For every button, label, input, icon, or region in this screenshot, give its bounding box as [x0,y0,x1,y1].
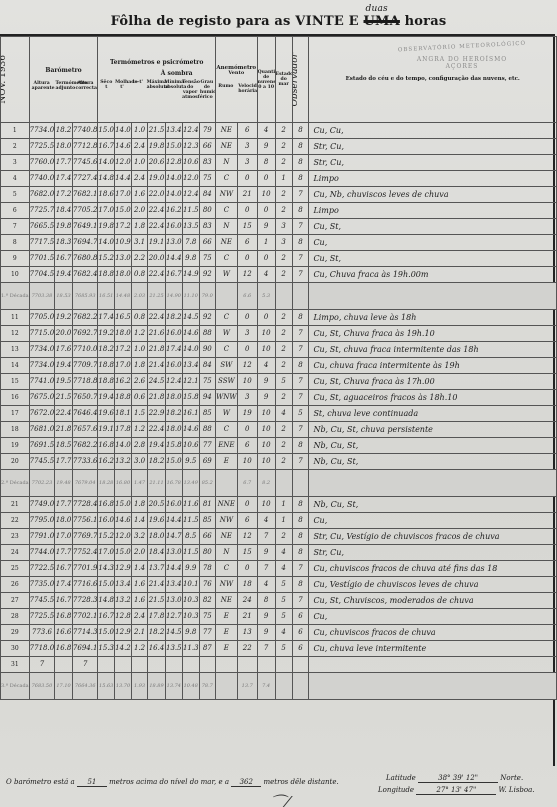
value-cell: 14.5 [182,310,199,326]
remark-cell: Limpo [309,171,557,187]
value-cell: 21.25 [148,283,166,310]
value-cell: 12.0 [115,155,132,171]
value-cell: 17.4 [165,342,182,358]
value-cell: 75 [199,251,215,267]
value-cell: 19.1 [98,422,115,438]
value-cell: 4 [275,545,292,561]
value-cell: 1 [275,497,292,513]
value-cell: 13 [237,625,257,641]
value-cell: 9.9 [182,561,199,577]
value-cell [292,470,309,497]
barometer-note: O barómetro está a 51 metros acima do ní… [6,778,339,787]
value-cell: 7 [292,187,309,203]
value-cell: 7745.5 [29,454,55,470]
value-cell: 7727.4 [72,171,98,187]
value-cell: 7 [292,390,309,406]
value-cell: 6 [292,641,309,657]
remark-cell: Str, Cu, [309,139,557,155]
value-cell: 79.0 [199,283,215,310]
value-cell: 19.8 [148,139,166,155]
value-cell: 11.10 [182,283,199,310]
value-cell: 10 [257,454,275,470]
value-cell: 2 [275,203,292,219]
value-cell: 3 [237,155,257,171]
value-cell: 18.4 [148,545,166,561]
value-cell: 13.0 [165,545,182,561]
observatory-stamp: OBSERVATÓRIO METEOROLÓGICO ANGRA DO HERO… [392,44,532,70]
value-cell: 7716.6 [72,577,98,593]
value-cell: 19 [237,406,257,422]
value-cell: 17.7 [55,454,73,470]
value-cell: WNW [215,390,237,406]
day-cell: 27 [1,593,30,609]
value-cell: 10.48 [182,673,199,700]
value-cell: 6 [292,625,309,641]
value-cell: 9.8 [182,251,199,267]
remark-cell: Str, Cu, [309,155,557,171]
value-cell: 0 [237,251,257,267]
value-cell: 10 [257,422,275,438]
value-cell: 8 [257,593,275,609]
value-cell: 7 [292,454,309,470]
day-cell: 10 [1,267,30,283]
value-cell: 16.51 [98,283,115,310]
value-cell [182,657,199,673]
remark-cell [309,283,557,310]
value-cell: 17.4 [55,577,73,593]
value-cell: 15 [237,545,257,561]
value-cell: 13.7 [148,561,166,577]
day-cell: 24 [1,545,30,561]
remark-cell [309,470,557,497]
value-cell: 9 [257,139,275,155]
value-cell: 7728.3 [72,593,98,609]
value-cell: 17.6 [55,342,73,358]
table-row: 217749.017.77728.416.815.01.820.516.011.… [1,497,557,513]
day-cell: 16 [1,390,30,406]
value-cell: 7665.5 [29,219,55,235]
value-cell: C [215,422,237,438]
value-cell: 84 [199,358,215,374]
value-cell: 10 [237,454,257,470]
value-cell: 13.0 [165,593,182,609]
decade-summary-row: 1.ª Década7703.3818.537685.9316.5114.482… [1,283,557,310]
table-row: 237791.017.07769.715.212.03.218.014.78.5… [1,529,557,545]
value-cell: 14.90 [165,283,182,310]
value-cell: 18.2 [165,406,182,422]
value-cell: 7769.7 [72,529,98,545]
value-cell: 9 [257,609,275,625]
day-cell: 5 [1,187,30,203]
value-cell: 17.10 [55,673,73,700]
value-cell: 18.1 [115,406,132,422]
value-cell: 14.4 [115,171,132,187]
table-row: 227795.018.07756.116.014.61.419.614.411.… [1,513,557,529]
value-cell: 0 [257,310,275,326]
value-cell: 7682.0 [29,187,55,203]
value-cell: 19.4 [55,358,73,374]
value-cell: 8 [292,203,309,219]
value-cell: 18.0 [148,529,166,545]
value-cell: 5 [275,609,292,625]
value-cell: 1 [275,513,292,529]
day-cell: 14 [1,358,30,374]
value-cell: 7791.0 [29,529,55,545]
value-cell [215,283,237,310]
day-cell: 25 [1,561,30,577]
day-cell: 8 [1,235,30,251]
value-cell: 5 [275,641,292,657]
value-cell: 7657.6 [72,422,98,438]
value-cell: E [215,609,237,625]
value-cell: 12.9 [115,561,132,577]
header-termometros: Termómetros e psicrómetro À sombra Sêco … [98,37,215,123]
value-cell: 12.8 [165,155,182,171]
value-cell: 7 [292,374,309,390]
value-cell: 8 [292,235,309,251]
remark-cell: Nb, Cu, St, [309,438,557,454]
value-cell: ENE [215,438,237,454]
value-cell: 14.9 [182,267,199,283]
remark-cell: Cu, St, Chuva fraca às 17h.00 [309,374,557,390]
value-cell: 7734.0 [29,358,55,374]
value-cell: 16.7 [55,251,73,267]
value-cell: 7682.1 [72,187,98,203]
value-cell [292,657,309,673]
value-cell: 2 [275,422,292,438]
value-cell: 1.0 [131,123,147,139]
table-row: 277745.516.77728.314.813.21.621.513.010.… [1,593,557,609]
value-cell: 13.49 [182,470,199,497]
day-cell: 15 [1,374,30,390]
table-row: 29773.616.67714.315.012.92.118.214.59.87… [1,625,557,641]
remark-cell: Cu, St, [309,251,557,267]
value-cell: 17.0 [98,203,115,219]
value-cell: 14.0 [165,187,182,203]
value-cell: 7 [257,561,275,577]
value-cell: 1.0 [131,342,147,358]
value-cell: 21.11 [148,470,166,497]
day-cell: 6 [1,203,30,219]
value-cell: 16.0 [98,513,115,529]
value-cell: NW [215,187,237,203]
value-cell: 2 [275,139,292,155]
value-cell: 7740.8 [72,123,98,139]
value-cell: 2 [275,310,292,326]
value-cell: 21.6 [148,326,166,342]
value-cell: 12.8 [115,609,132,625]
value-cell: 7702.23 [29,470,55,497]
remark-cell: Limpo, chuva leve às 18h [309,310,557,326]
remark-cell: Cu, Vestígio de chuviscos leves de chuva [309,577,557,593]
value-cell: NE [215,593,237,609]
day-cell: 2 [1,139,30,155]
table-row: 47740.017.47727.414.814.42.419.014.012.0… [1,171,557,187]
value-cell: 7.4 [257,673,275,700]
value-cell [215,673,237,700]
value-cell [275,470,292,497]
value-cell: 3 [237,390,257,406]
value-cell: 16.8 [55,641,73,657]
value-cell: 18.4 [55,203,73,219]
value-cell: 2.6 [131,374,147,390]
value-cell: 1.93 [131,673,147,700]
value-cell: 7681.0 [29,422,55,438]
value-cell: 16.8 [98,438,115,454]
value-cell [292,673,309,700]
value-cell: 16.7 [98,139,115,155]
day-cell: 3.ª Década [1,673,30,700]
value-cell: 0 [257,171,275,187]
value-cell: 69 [199,454,215,470]
value-cell: 4 [257,513,275,529]
table-row: 257722.516.77701.914.312.91.413.714.49.9… [1,561,557,577]
value-cell [55,657,73,673]
value-cell: 19.5 [55,374,73,390]
value-cell: 15.0 [98,625,115,641]
value-cell: 8 [292,139,309,155]
remark-cell: Nb, Cu, St, chuva persistente [309,422,557,438]
value-cell: 14.6 [115,513,132,529]
table-row: 137734.017.67710.018.217.21.021.817.414.… [1,342,557,358]
value-cell: 7725.5 [29,609,55,625]
value-cell: 7733.6 [72,454,98,470]
day-cell: 1.ª Década [1,283,30,310]
value-cell: 11.3 [182,641,199,657]
value-cell: 13.0 [115,251,132,267]
value-cell: 2.4 [131,609,147,625]
value-cell: 7 [292,422,309,438]
value-cell: 84 [199,187,215,203]
value-cell: 22.0 [148,187,166,203]
value-cell: 16.7 [98,609,115,625]
value-cell: 90 [199,342,215,358]
value-cell: 8 [257,155,275,171]
remark-cell: Cu, St, chuva fraca intermitente das 18h [309,342,557,358]
value-cell: 75 [199,609,215,625]
value-cell: 7709.7 [72,358,98,374]
value-cell: 14.6 [115,139,132,155]
value-cell: 4 [275,406,292,422]
value-cell: 13.4 [165,123,182,139]
value-cell: 78.7 [199,673,215,700]
value-cell: 17.2 [115,342,132,358]
value-cell: 12.3 [182,139,199,155]
value-cell: 1.5 [131,406,147,422]
value-cell: NE [215,529,237,545]
value-cell: 7728.4 [72,497,98,513]
day-cell: 4 [1,171,30,187]
value-cell: 15.0 [115,545,132,561]
value-cell: 16.2 [165,203,182,219]
value-cell: 19.6 [98,406,115,422]
value-cell: 79 [199,123,215,139]
value-cell: 7 [292,593,309,609]
value-cell: 17.7 [55,155,73,171]
remark-cell: Str, Cu, Vestígio de chuviscos fracos de… [309,529,557,545]
value-cell: 1.47 [131,470,147,497]
value-cell: 1.6 [131,187,147,203]
value-cell: 10.9 [115,235,132,251]
value-cell: 9.5 [182,454,199,470]
value-cell: C [215,342,237,358]
table-row: 97701.516.77680.815.213.02.220.014.49.87… [1,251,557,267]
value-cell: 8 [292,497,309,513]
value-cell [199,657,215,673]
value-cell: 17.2 [115,219,132,235]
value-cell: 10 [257,326,275,342]
value-cell: 88 [199,326,215,342]
value-cell: 10 [257,342,275,358]
value-cell: 12.1 [182,374,199,390]
title-suffix: horas [405,14,447,29]
value-cell: 3.1 [131,235,147,251]
value-cell: 7725.5 [29,139,55,155]
table-row: 197691.518.57682.216.814.02.819.415.810.… [1,438,557,454]
value-cell: 7 [292,326,309,342]
value-cell: 18.28 [98,470,115,497]
value-cell: 10.6 [182,155,199,171]
value-cell: 6 [237,438,257,454]
value-cell: 9.8 [182,625,199,641]
value-cell: 7710.0 [72,342,98,358]
table-row: 157741.019.57718.818.816.22.624.512.412.… [1,374,557,390]
value-cell: N [215,219,237,235]
value-cell: 75 [199,374,215,390]
decade-summary-row: 2.ª Década7702.2319.487679.0418.2816.801… [1,470,557,497]
value-cell: 1 [257,235,275,251]
value-cell: 4 [257,358,275,374]
value-cell: 21.5 [55,390,73,406]
value-cell: 1 [275,171,292,187]
value-cell: 2.0 [131,203,147,219]
value-cell: 21.4 [148,358,166,374]
value-cell: 2 [275,123,292,139]
value-cell: 13.74 [165,673,182,700]
value-cell: 13.0 [165,235,182,251]
value-cell: 82 [199,593,215,609]
value-cell: 4 [275,561,292,577]
value-cell: 14.5 [165,625,182,641]
value-cell: 1.6 [131,577,147,593]
remark-cell: Nb, Cu, St, [309,497,557,513]
value-cell: 15.0 [165,139,182,155]
table-row: 177672.022.47646.419.618.11.522.918.216.… [1,406,557,422]
value-cell: 4 [257,267,275,283]
value-cell: 12.4 [182,187,199,203]
value-cell: 16.5 [115,310,132,326]
day-cell: 7 [1,219,30,235]
value-cell: E [215,625,237,641]
value-cell: 18.2 [98,342,115,358]
value-cell: 22.4 [148,219,166,235]
value-cell: 0 [257,251,275,267]
value-cell: 16.1 [182,406,199,422]
value-cell: 10 [237,374,257,390]
value-cell [215,470,237,497]
value-cell: 13.70 [115,673,132,700]
value-cell: 15.0 [115,203,132,219]
value-cell: 18.6 [98,187,115,203]
value-cell: 20.5 [148,497,166,513]
value-cell: 7 [257,529,275,545]
value-cell: 7694.1 [72,641,98,657]
value-cell: 19.4 [55,267,73,283]
value-cell: 14.0 [98,235,115,251]
title-inserted-word: duas [366,4,388,14]
value-cell: 13.4 [165,577,182,593]
value-cell: 7650.7 [72,390,98,406]
day-cell: 19 [1,438,30,454]
value-cell: 7 [257,641,275,657]
value-cell: 85 [199,513,215,529]
value-cell: 2 [275,326,292,342]
value-cell: 2 [275,251,292,267]
value-cell: 10 [257,187,275,203]
remark-cell: Cu, [309,513,557,529]
value-cell [275,283,292,310]
day-cell: 30 [1,641,30,657]
value-cell: NNE [215,497,237,513]
value-cell: 6 [237,123,257,139]
value-cell: 19.2 [55,310,73,326]
value-cell: 2.4 [131,171,147,187]
day-cell: 20 [1,454,30,470]
value-cell: 12.7 [165,609,182,625]
value-cell: 14.8 [98,171,115,187]
remark-cell [309,657,557,673]
value-cell: N [215,545,237,561]
value-cell: 15.3 [98,641,115,657]
value-cell: 87 [199,641,215,657]
height-above-sea: 51 [77,778,107,787]
value-cell: 5 [275,577,292,593]
value-cell: 7691.5 [29,438,55,454]
value-cell: 7704.5 [29,267,55,283]
value-cell: 66 [199,235,215,251]
value-cell [215,657,237,673]
value-cell: 6.6 [237,283,257,310]
day-cell: 12 [1,326,30,342]
value-cell: 1.8 [131,497,147,513]
value-cell: 1.2 [131,422,147,438]
value-cell: 15 [237,219,257,235]
day-cell: 1 [1,123,30,139]
remark-cell: Cu, St, [309,219,557,235]
value-cell: 2.4 [131,139,147,155]
value-cell: 2.2 [131,251,147,267]
value-cell: 18.2 [148,625,166,641]
table-row: 167675.021.57650.719.418.80.621.818.015.… [1,390,557,406]
value-cell: 15.0 [165,454,182,470]
table-row: 3177 [1,657,557,673]
value-cell: 7 [72,657,98,673]
value-cell: 12 [237,358,257,374]
value-cell: 11.5 [182,203,199,219]
value-cell: 14.4 [165,513,182,529]
value-cell: 12.0 [182,171,199,187]
value-cell: 94 [199,390,215,406]
value-cell: 7701.5 [29,251,55,267]
value-cell: 17.8 [115,422,132,438]
value-cell: 17.2 [55,187,73,203]
value-cell: 0 [257,203,275,219]
value-cell: 21 [237,609,257,625]
value-cell: 10 [257,497,275,513]
value-cell: 18.0 [55,513,73,529]
value-cell: 88 [199,422,215,438]
value-cell: 77 [199,438,215,454]
